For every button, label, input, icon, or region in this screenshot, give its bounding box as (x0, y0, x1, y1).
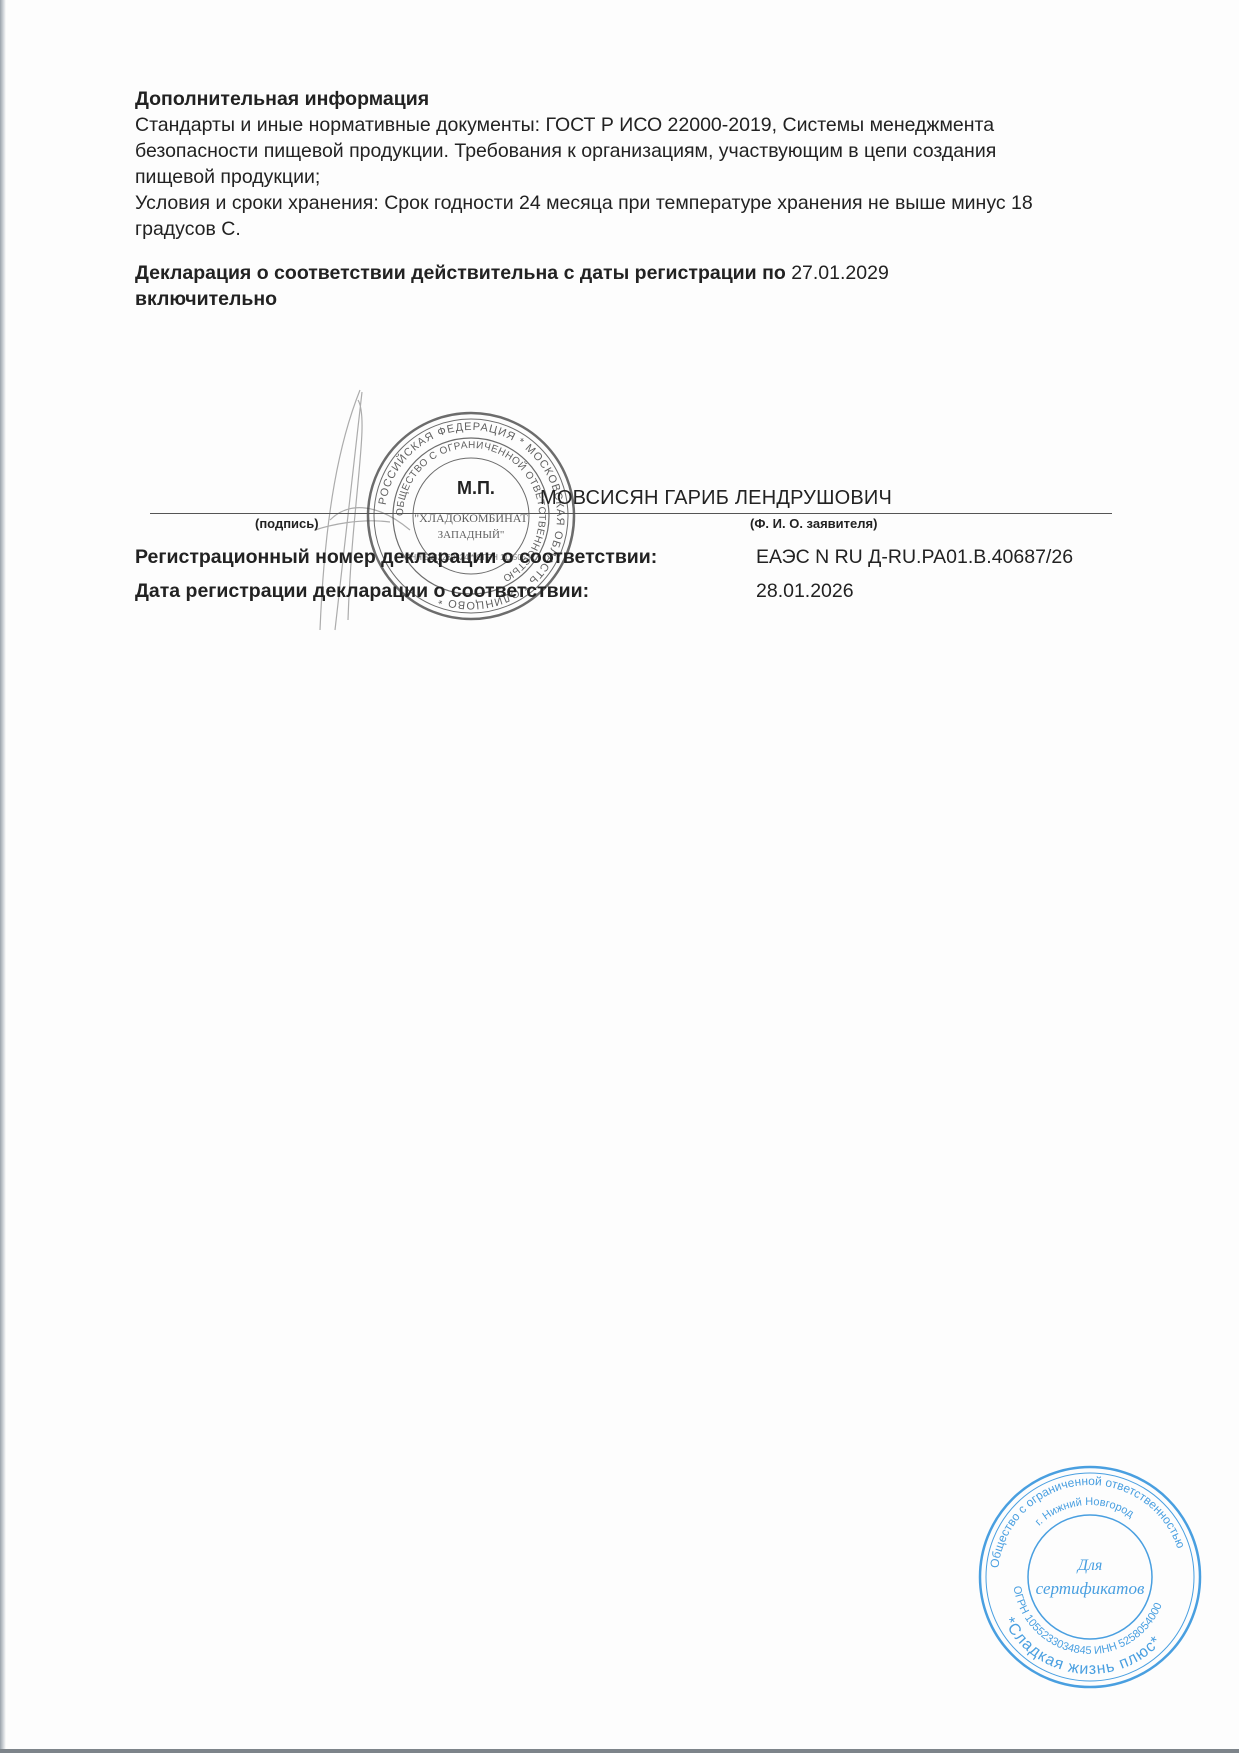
standards-line: Стандарты и иные нормативные документы: … (135, 112, 1135, 138)
storage-line: градусов С. (135, 216, 1135, 242)
applicant-name: МОВСИСЯН ГАРИБ ЛЕНДРУШОВИЧ (540, 487, 892, 510)
scan-edge-bottom (0, 1749, 1239, 1753)
standards-line: пищевой продукции; (135, 164, 1135, 190)
svg-text:ЗАПАДНЫЙ": ЗАПАДНЫЙ" (438, 529, 505, 541)
registration-number-label: Регистрационный номер декларации о соотв… (135, 546, 657, 569)
additional-info-heading: Дополнительная информация (135, 86, 1135, 112)
mp-label: М.П. (457, 478, 495, 499)
scan-edge-left (0, 0, 6, 1753)
certificate-stamp: Общество с ограниченной ответственностью… (975, 1462, 1205, 1692)
applicant-fio-caption: (Ф. И. О. заявителя) (750, 516, 877, 531)
validity-date: 27.01.2029 (791, 262, 889, 284)
signature-caption: (подпись) (255, 516, 319, 531)
registration-date-value: 28.01.2026 (756, 580, 854, 603)
svg-text:Общество с ограниченной ответс: Общество с ограниченной ответственностью (987, 1474, 1188, 1569)
validity-suffix: включительно (135, 286, 1135, 312)
validity-statement: Декларация о соответствии действительна … (135, 260, 1135, 312)
svg-text:Для: Для (1076, 1557, 1103, 1574)
storage-line: Условия и сроки хранения: Срок годности … (135, 190, 1135, 216)
validity-prefix: Декларация о соответствии действительна … (135, 262, 791, 284)
standards-line: безопасности пищевой продукции. Требован… (135, 138, 1135, 164)
registration-number-value: ЕАЭС N RU Д-RU.РА01.В.40687/26 (756, 546, 1073, 569)
registration-date-label: Дата регистрации декларации о соответств… (135, 580, 589, 603)
additional-info-section: Дополнительная информация Стандарты и ин… (135, 86, 1135, 242)
svg-text:сертификатов: сертификатов (1036, 1579, 1145, 1598)
signature-line (150, 513, 1112, 514)
